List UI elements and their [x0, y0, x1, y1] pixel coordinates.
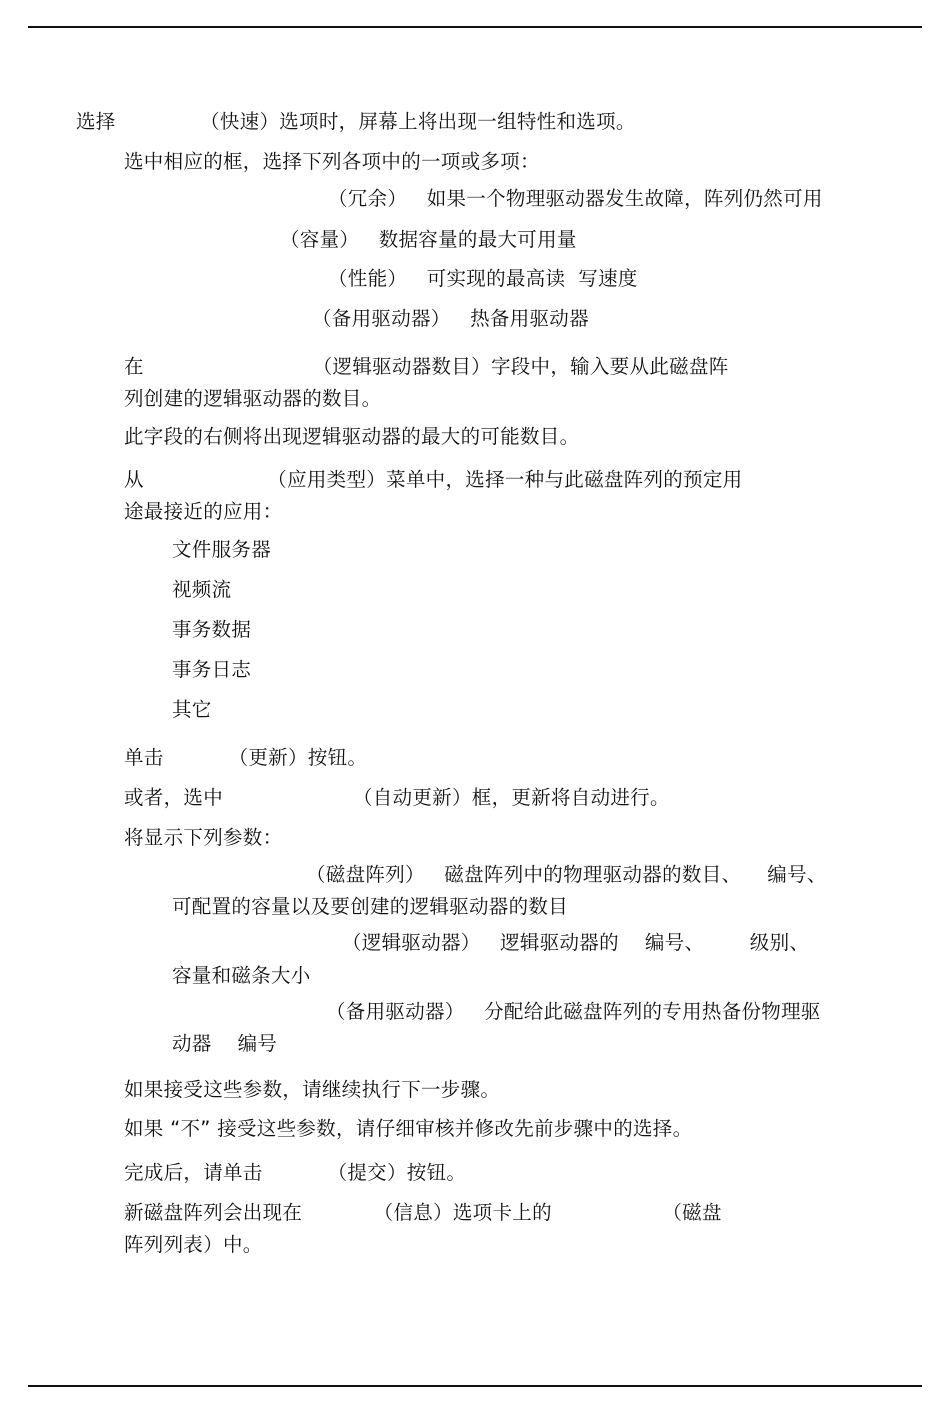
text-line: 或者，选中 （自动更新）框，更新将自动进行。	[124, 786, 670, 810]
text-line: 完成后，请单击 （提交）按钮。	[124, 1161, 466, 1185]
text-line: 此字段的右侧将出现逻辑驱动器的最大的可能数目。	[124, 425, 579, 449]
text-line: 从 （应用类型）菜单中，选择一种与此磁盘阵列的预定用	[124, 468, 742, 492]
text-line: 可配置的容量以及要创建的逻辑驱动器的数目	[172, 895, 568, 919]
text-line: （性能） 可实现的最高读 写速度	[328, 267, 638, 291]
text-line: 在 （逻辑驱动器数目）字段中，输入要从此磁盘阵	[124, 355, 729, 379]
text-line: 阵列列表）中。	[124, 1233, 263, 1257]
text-line: （备用驱动器） 热备用驱动器	[312, 307, 589, 331]
text-line: 如果接受这些参数，请继续执行下一步骤。	[124, 1078, 500, 1102]
text-line: 将显示下列参数：	[124, 826, 282, 850]
text-line: 新磁盘阵列会出现在 （信息）选项卡上的 （磁盘	[124, 1201, 722, 1225]
text-line: 视频流	[172, 578, 231, 602]
text-line: （备用驱动器） 分配给此磁盘阵列的专用热备份物理驱	[326, 1000, 821, 1024]
text-line: 容量和磁条大小	[172, 964, 311, 988]
text-line: 事务日志	[172, 658, 251, 682]
footer-rule	[28, 1385, 922, 1387]
text-line: 途最接近的应用：	[124, 500, 282, 524]
header-rule	[28, 26, 922, 28]
text-line: 如果 “不” 接受这些参数，请仔细审核并修改先前步骤中的选择。	[124, 1117, 692, 1141]
text-line: 动器 编号	[172, 1032, 277, 1056]
text-line: （容量） 数据容量的最大可用量	[280, 228, 577, 252]
text-line: 其它	[172, 698, 212, 722]
text-line: 事务数据	[172, 618, 251, 642]
text-line: （逻辑驱动器） 逻辑驱动器的 编号、 级别、	[342, 931, 809, 955]
text-line: （冗余） 如果一个物理驱动器发生故障，阵列仍然可用	[328, 187, 823, 211]
text-line: （磁盘阵列） 磁盘阵列中的物理驱动器的数目、 编号、	[306, 863, 827, 887]
text-line: 单击 （更新）按钮。	[124, 746, 367, 770]
text-line: 文件服务器	[172, 538, 271, 562]
text-line: 选择 （快速）选项时，屏幕上将出现一组特性和选项。	[76, 110, 636, 134]
text-line: 列创建的逻辑驱动器的数目。	[124, 387, 381, 411]
text-line: 选中相应的框，选择下列各项中的一项或多项：	[124, 150, 540, 174]
